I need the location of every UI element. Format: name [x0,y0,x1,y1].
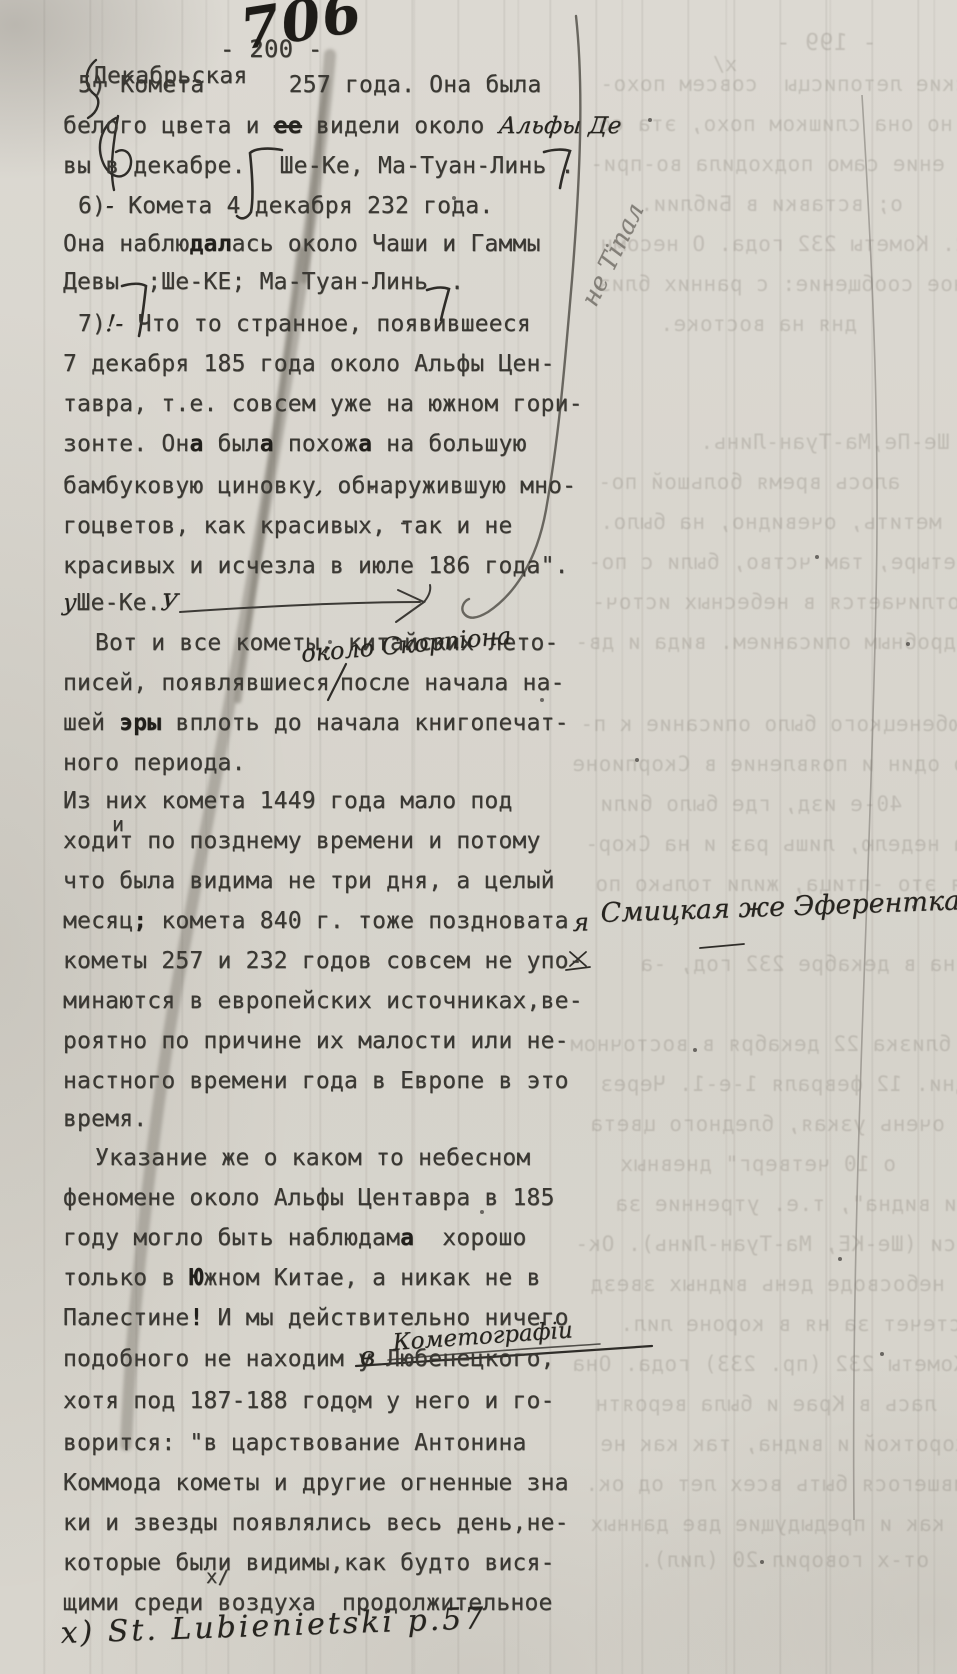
handwritten-inline: у [62,590,78,616]
typed-text: роятно по причине их малости или не- [63,1028,569,1054]
typed-text: обнаружившую мно- [323,473,576,499]
typed-text: хорошо [414,1225,526,1251]
typed-text: бамбуковую циновку [63,473,316,499]
typed-line: ходит по позднему времени и потому [63,828,541,854]
typed-overstrike: ! [189,1305,203,1331]
typed-overstrike: эры [119,710,161,736]
typed-text: гоцветов, как красивых, так и не [63,513,513,539]
typed-line: Девы;Ше-КЕ; Ма-Туан-Линь. [63,269,464,295]
bleedthrough-text-fragment: четыре, там чство, были с по- [588,550,957,574]
typed-text: вплоть до начала книгопечат- [161,710,568,736]
bleedthrough-text-fragment: стечет за ня в короне лил. [620,1312,957,1336]
ink-speck [880,1352,884,1356]
bleedthrough-text-fragment: подробным описанием. вида и дв- [575,630,957,654]
typed-line: вы в декабре.Ше-Ке, Ма-Туан-Линь. [63,153,575,179]
typed-line: кометы 257 и 232 годов совсем не упо- [63,948,583,974]
typed-dash-over-i: - [398,512,409,533]
typed-overstrike: Ю [189,1265,203,1291]
ink-speck [906,642,910,646]
typed-text: видели около [302,113,499,139]
typed-text: Ше-Ке. [77,590,161,616]
bleedthrough-text-fragment: на неделю, лишь раз и на Скор- [585,832,957,856]
typed-text: комета 840 г. тоже поздновата [147,908,568,934]
typed-footnote-mark: x/ [206,1566,229,1588]
bleedthrough-text-fragment: но она слишком похо, эта со [598,112,953,136]
typed-text: Коммода кометы и другие огненные зна [63,1470,569,1496]
handwritten-inline: У [159,590,179,616]
bleedthrough-text-fragment: Ше-Пе,Ма-Туан-Линь. [700,430,950,454]
typed-text: белого цвета и [63,113,274,139]
typed-text: Палестине [63,1305,189,1331]
typed-text: зонте. Он [63,431,189,457]
bleedthrough-text-fragment: ские летописцы совсем похо- [600,72,957,96]
bleedthrough-text-fragment: ное сообщение: с ранних близ [598,272,957,296]
bleedthrough-text-fragment: о небосводе день видных звезд [590,1272,957,1296]
typed-line: подобного не находим у Любенецкого, [63,1346,555,1372]
typed-text: вы в декабре. [63,153,246,179]
typed-overstrike: дал [189,231,231,257]
bleedthrough-page-number: - 199 - [776,30,876,56]
typed-line: тавра, т.е. совсем уже на южном гори- [63,391,583,417]
typed-text: время. [63,1106,147,1132]
typed-line: роятно по причине их малости или не- [63,1028,569,1054]
typed-text: которые были видимы,как будто вися- [63,1550,555,1576]
typed-text: тавра, т.е. совсем уже на южном гори- [63,391,583,417]
ink-speck [838,1257,842,1261]
bleedthrough-text-fragment: дни. 12 февраля 1-е-1. Через [600,1072,957,1096]
typed-text: ;Ше-КЕ; Ма-Туан-Линь [147,269,428,295]
typed-overstrike: а [400,1225,414,1251]
typed-text: ходит по позднему времени и потому [63,828,541,854]
typed-overstrike: а [189,431,203,457]
ink-speck [540,698,544,702]
bleedthrough-text-fragment: алось время большой по- [598,470,900,494]
ink-speck [452,196,456,200]
typed-line: ного периода. [63,750,246,776]
typed-line: минаются в европейских источниках,ве- [63,988,583,1014]
typed-line: писей, появлявшиесяпосле начала на- [63,670,565,696]
typed-text: настного времени года в Европе в это [63,1068,569,1094]
bleedthrough-text-fragment: ение само подходила во-при- [590,152,945,176]
typed-overstrike: а [358,431,372,457]
typed-text: Из них комета 1449 года мало под [63,788,513,814]
typed-strikethrough: ее [274,113,302,139]
ink-speck [370,486,374,490]
hand-insert-okolo-skorpiona: около Скорпіона [300,622,512,668]
bleedthrough-text-fragment: 40-е изд, где было били [600,792,902,816]
bleedthrough-text-fragment: отличается в небесных источ- [592,590,957,614]
typed-line: уШе-Ке.У [63,590,178,616]
typed-line: настного времени года в Европе в это [63,1068,569,1094]
typed-text: ась около Чаши и Гаммы [232,231,541,257]
bleedthrough-text-fragment: Любенецкого было описание к п- [580,712,957,736]
typed-text: Что то странное, появившееся [124,311,531,337]
arrow-annotation [180,585,430,622]
typed-line: 7)!- Что то странное, появившееся [78,311,531,337]
typed-text: что была видима не три дня, а целый [63,868,555,894]
ink-speck [352,1409,356,1413]
typed-text: феномене около Альфы Центавра в 185 [63,1185,555,1211]
typed-text: ворится: "в царствование Антонина [63,1430,527,1456]
typed-text: ки и звезды появлялись весь день,не- [63,1510,569,1536]
typed-line: шей эры вплоть до начала книгопечат- [63,710,569,736]
ink-speck [760,1560,764,1564]
typed-interlinear-i: и [112,812,124,836]
typed-text: красивых и исчезла в июле 186 года". [63,553,569,579]
bleedthrough-text-fragment: ни видна", т.е. утренние за [615,1192,957,1216]
typed-text: был [204,431,260,457]
typed-text: жном Китае, а никак не в [204,1265,541,1291]
bleedthrough-text-fragment: писана в декабре 232 год, -а [640,952,957,976]
bleedthrough-text-fragment: я это -птица, жили только по [595,872,957,896]
typed-text: Ше-Ке, Ма-Туан-Линь [280,153,547,179]
typed-line: Коммода кометы и другие огненные зна [63,1470,569,1496]
typed-line: месяц; комета 840 г. тоже поздновата [63,908,569,934]
bleedthrough-text-fragment: Кометы 232 (пр. 233) года. Она [572,1352,957,1376]
typed-line: Из них комета 1449 года мало под [63,788,513,814]
bleedthrough-text-fragment: о 10 четверг" дневных [620,1152,896,1176]
typed-text: шей [63,710,119,736]
typed-line: 7 декабря 185 года около Альфы Цен- [63,351,555,377]
typed-line: хотя под 187-188 годом у него и го- [63,1388,555,1414]
typed-line: бамбуковую циновку, обнаружившую мно- [63,473,576,499]
bleedthrough-text-fragment: короткой и видна, так как не [600,1432,957,1456]
typed-text: ного периода. [63,750,246,776]
typed-line: феномене около Альфы Центавра в 185 [63,1185,555,1211]
typed-text: Она наблю [63,231,189,257]
typed-text: 7) [78,311,106,337]
typed-line: ворится: "в царствование Антонина [63,1430,527,1456]
bleedthrough-text-fragment: 2. Кометы 232 года. О несомн [600,232,957,256]
bleedthrough-text-fragment: это один и появление в Скорпионе [572,752,957,776]
hand-insert-smitskaya-caret: я [572,907,590,937]
typed-line: зонте. Она была похожа на большую [63,431,527,457]
bleedthrough-text-fragment: от-х говорил 20 (лил). [640,1548,929,1572]
hand-correction-v: в [360,1342,375,1372]
bleedthrough-text-fragment: метить, очевидно, на было. [600,510,942,534]
typed-overstrike: а [260,431,274,457]
typed-line: 6)- Комета 4 декабря 232 года. [78,193,493,219]
ink-speck [328,640,332,644]
typed-line: ки и звезды появлялись весь день,не- [63,1510,569,1536]
typed-text: минаются в европейских источниках,ве- [63,988,583,1014]
typed-line: белого цвета и ее видели около Альфы Де [63,113,621,139]
bleedthrough-text-fragment: т, очень узкая, бледного цвета [590,1112,957,1136]
hand-page-number: 706 [236,0,368,63]
typed-text: кометы 257 и 232 годов совсем не упо- [63,948,583,974]
bleedthrough-text-fragment: писи (Ше-КЕ, Ма-Туан-Линь). Ок- [575,1232,957,1256]
ink-speck [648,118,652,122]
bleedthrough-text-fragment: и как и предыдущие две данных [590,1512,957,1536]
typed-text: месяц [63,908,133,934]
typed-overstrike: ; [133,908,147,934]
ink-speck [635,758,639,762]
bleedthrough-text-fragment: дня на востоке. [660,312,857,336]
typed-text: Девы [63,269,119,295]
typed-line: красивых и исчезла в июле 186 года". [63,553,569,579]
typed-text: похож [274,431,358,457]
typed-text: только в [63,1265,189,1291]
typed-text: после начала на- [340,670,565,696]
bleedthrough-text-fragment: о; вставки в Библии. [640,192,903,216]
ink-speck [815,555,819,559]
typed-text: хотя под 187-188 годом у него и го- [63,1388,555,1414]
typed-text: . [450,269,464,295]
bleedthrough-text-fragment: Она близка 22 декабря в восточном [570,1032,957,1056]
typed-text: 7 декабря 185 года около Альфы Цен- [63,351,555,377]
typed-text: подобного не находим [63,1346,358,1372]
typed-line: что была видима не три дня, а целый [63,868,555,894]
bleedthrough-text-fragment: чившегося быть всех лет од ок. [585,1472,957,1496]
typed-text: 6) [78,193,106,219]
manuscript-page: - 199 - x/ [0,0,957,1674]
typed-line: году могло быть наблюдама хорошо [63,1225,527,1251]
typed-insert-dekabrskaya: Декабрьская [93,63,248,89]
typed-text: . [561,153,575,179]
typed-line: только в Южном Китае, а никак не в [63,1265,541,1291]
typed-line: которые были видимы,как будто вися- [63,1550,555,1576]
typed-line: Указание же о каком то небесном [95,1145,530,1171]
typed-text: году могло быть наблюдам [63,1225,400,1251]
typed-text: на большую [372,431,527,457]
bleedthrough-text-fragment: лась в Крае и была вероятн [595,1392,937,1416]
ink-speck [912,905,916,909]
ink-speck [480,1210,484,1214]
typed-line: Она наблюдалась около Чаши и Гаммы [63,231,541,257]
typed-line: время. [63,1106,147,1132]
typed-text: Указание же о каком то небесном [95,1145,530,1171]
typed-text: Комета 4 декабря 232 года. [114,193,493,219]
typed-text: писей, появлявшиеся [63,670,330,696]
typed-line: гоцветов, как красивых, так и не [63,513,513,539]
handwritten-inline: !- [105,311,125,337]
ink-speck [693,1048,697,1052]
